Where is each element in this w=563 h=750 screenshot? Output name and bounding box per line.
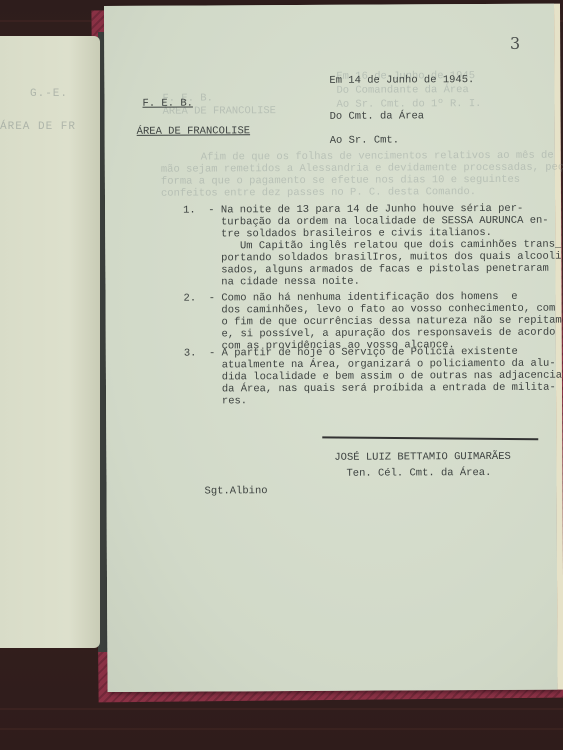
paragraph-line: da Área, nas quais será proíbida a entra… [184, 382, 556, 396]
ghost-text: confeitos entre dez passes no P. C. dest… [161, 186, 476, 200]
org-heading: F. E. B. [142, 98, 192, 110]
typist-initials: Sgt.Albino [205, 485, 268, 497]
paragraph-line: turbação da ordem na localidade de SESSA… [183, 215, 549, 229]
unit-heading: ÁREA DE FRANCOLISE [137, 125, 250, 138]
from-line: Do Cmt. da Área [330, 110, 425, 122]
table-grain [0, 708, 563, 710]
paragraph-line: res. [184, 395, 247, 407]
paragraph-line: e, si possível, a apuração dos responsav… [184, 327, 556, 341]
paragraph-3: 3. - A partir de hoje o Serviço de Políc… [104, 4, 554, 6]
left-page: G.-E. ÁREA DE FR [0, 36, 100, 648]
to-line: Ao Sr. Cmt. [330, 134, 399, 146]
left-page-ghost-text: G.-E. [30, 88, 68, 100]
folio-number: 3 [510, 34, 520, 53]
left-page-ghost-text: ÁREA DE FR [0, 121, 76, 133]
signatory-name: JOSÉ LUIZ BETTAMIO GUIMARÃES [334, 451, 510, 464]
table-grain [0, 728, 563, 730]
signature-line [322, 436, 538, 439]
paragraph-2: 2. - Como não há nenhuma identificação d… [104, 4, 554, 6]
page-edge [554, 4, 563, 690]
signatory-title: Ten. Cél. Cmt. da Área. [346, 467, 491, 480]
paragraph-line: sados, alguns armados de facas e pistola… [183, 263, 549, 277]
ghost-text: Ao Sr. Cmt. do 1º R. I. [336, 98, 481, 111]
paragraph-1: 1. - Na noite de 13 para 14 de Junho hou… [104, 4, 554, 6]
paragraph-line: na cidade nessa noite. [183, 276, 359, 289]
date-line: Em 14 de Junho de 1945. [329, 74, 474, 87]
document-page: 3 F. E. B. ÁREA DE FRANCOLISE Em 16 de J… [104, 4, 558, 692]
